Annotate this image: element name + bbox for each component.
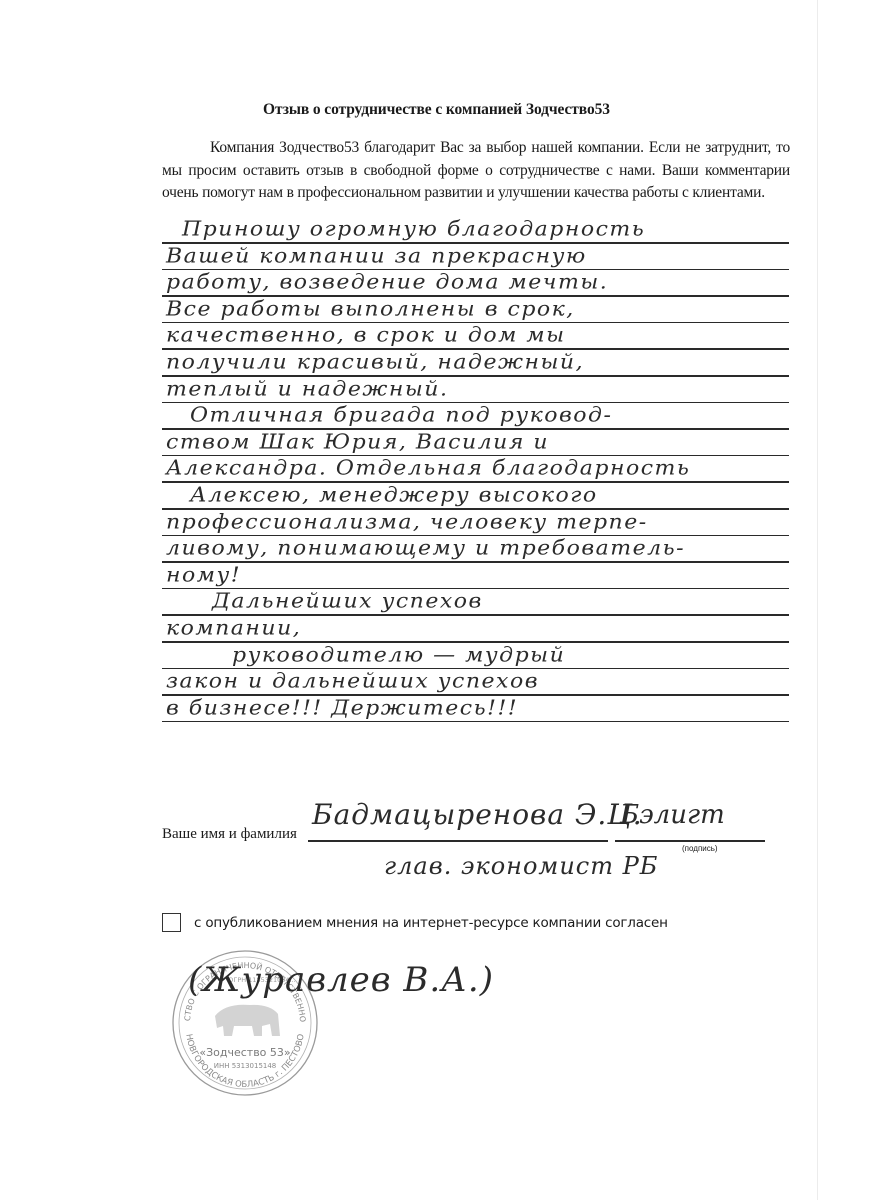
handwritten-review-line: ством Шак Юрия, Василия и [166,430,806,454]
handwritten-review-line: качественно, в срок и дом мы [166,324,806,348]
publish-consent-checkbox[interactable] [162,913,181,932]
handwritten-review-line: теплый и надежный. [166,377,806,401]
signature-line[interactable] [615,840,765,842]
handwritten-review-line: Александра. Отдельная благодарность [166,457,806,481]
handwritten-review-line: Вашей компании за прекрасную [166,244,806,268]
handwritten-review-line: профессионализма, человеку терпе- [166,510,806,534]
handwritten-review-line: Все работы выполнены в срок, [166,297,806,321]
handwritten-review-line: Приношу огромную благодарность [182,218,822,242]
handwritten-review-line: Отличная бригада под руковод- [190,404,830,428]
handwritten-review-line: в бизнесе!!! Держитесь!!! [166,696,806,720]
ruled-line [162,561,789,563]
director-signature: (Журавлев В.А.) [188,960,494,1000]
customer-position-note: глав. экономист РБ [384,852,658,880]
intro-paragraph: Компания Зодчество53 благодарит Вас за в… [162,137,790,205]
handwritten-review-line: работу, возведение дома мечты. [166,271,806,295]
ruled-line [162,295,789,297]
ruled-line [162,375,789,377]
handwritten-review-line: получили красивый, надежный, [166,351,806,375]
handwritten-review-line: компании, [166,617,806,641]
ruled-line [162,641,789,643]
review-writing-area[interactable]: Приношу огромную благодарностьВашей комп… [162,230,789,730]
name-field-line[interactable] [308,840,608,842]
ruled-line [162,721,789,723]
handwritten-review-line: закон и дальнейших успехов [166,670,806,694]
ruled-line [162,242,789,244]
ruled-line [162,428,789,430]
ruled-line [162,508,789,510]
publish-consent-label: с опубликованием мнения на интернет-ресу… [194,915,668,931]
handwritten-review-line: Алексею, менеджеру высокого [190,484,830,508]
document-title: Отзыв о сотрудничестве с компанией Зодче… [0,101,873,119]
ruled-line [162,694,789,696]
handwritten-review-line: Дальнейших успехов [212,590,852,614]
handwritten-review-line: ному! [166,563,806,587]
customer-signature: Бэлигт [620,800,725,830]
publish-consent-row: с опубликованием мнения на интернет-ресу… [162,913,668,932]
name-field-label: Ваше имя и фамилия [162,826,297,843]
handwritten-review-line: руководителю — мудрый [232,643,872,667]
handwritten-review-line: ливому, понимающему и требователь- [166,537,806,561]
signature-caption: (подпись) [682,844,718,853]
svg-text:«Зодчество 53»: «Зодчество 53» [199,1046,290,1059]
name-field-value: Бадмацыренова Э.Ц. [312,798,643,831]
svg-text:ИНН 5313015148: ИНН 5313015148 [214,1062,277,1070]
